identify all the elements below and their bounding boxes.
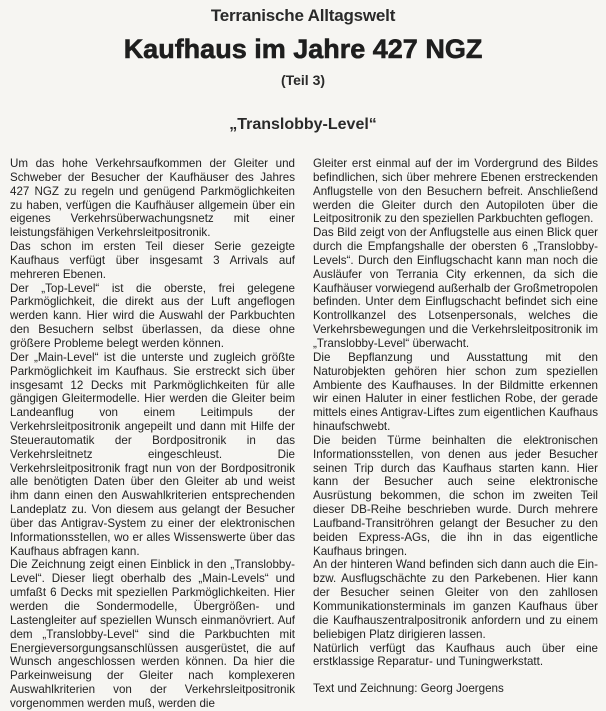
article-title: Kaufhaus im Jahre 427 NGZ	[0, 34, 606, 65]
paragraph: Das schon im ersten Teil dieser Serie ge…	[10, 240, 295, 282]
kicker-heading: Terranische Alltagswelt	[0, 6, 606, 26]
paragraph: Die Zeichnung zeigt einen Einblick in de…	[10, 558, 295, 710]
paragraph: Die beiden Türme beinhalten die elektron…	[313, 434, 598, 559]
paragraph: Der „Main-Level“ ist die unterste und zu…	[10, 351, 295, 559]
part-label: (Teil 3)	[0, 72, 606, 88]
left-column: Um das hohe Verkehrsaufkommen der Gleite…	[10, 157, 295, 711]
author-credit: Text und Zeichnung: Georg Joergens	[313, 682, 598, 696]
paragraph: An der hinteren Wand befinden sich dann …	[313, 558, 598, 641]
right-column: Gleiter erst einmal auf der im Vordergru…	[313, 157, 598, 696]
section-subtitle: „Translobby-Level“	[0, 116, 606, 134]
paragraph: Gleiter erst einmal auf der im Vordergru…	[313, 157, 598, 226]
paragraph: Die Bepflanzung und Ausstattung mit den …	[313, 351, 598, 434]
paragraph: Um das hohe Verkehrsaufkommen der Gleite…	[10, 157, 295, 240]
paragraph: Natürlich verfügt das Kaufhaus auch über…	[313, 642, 598, 670]
paragraph: Das Bild zeigt von der Anflugstelle aus …	[313, 226, 598, 351]
paragraph: Der „Top-Level“ ist die oberste, frei ge…	[10, 282, 295, 351]
